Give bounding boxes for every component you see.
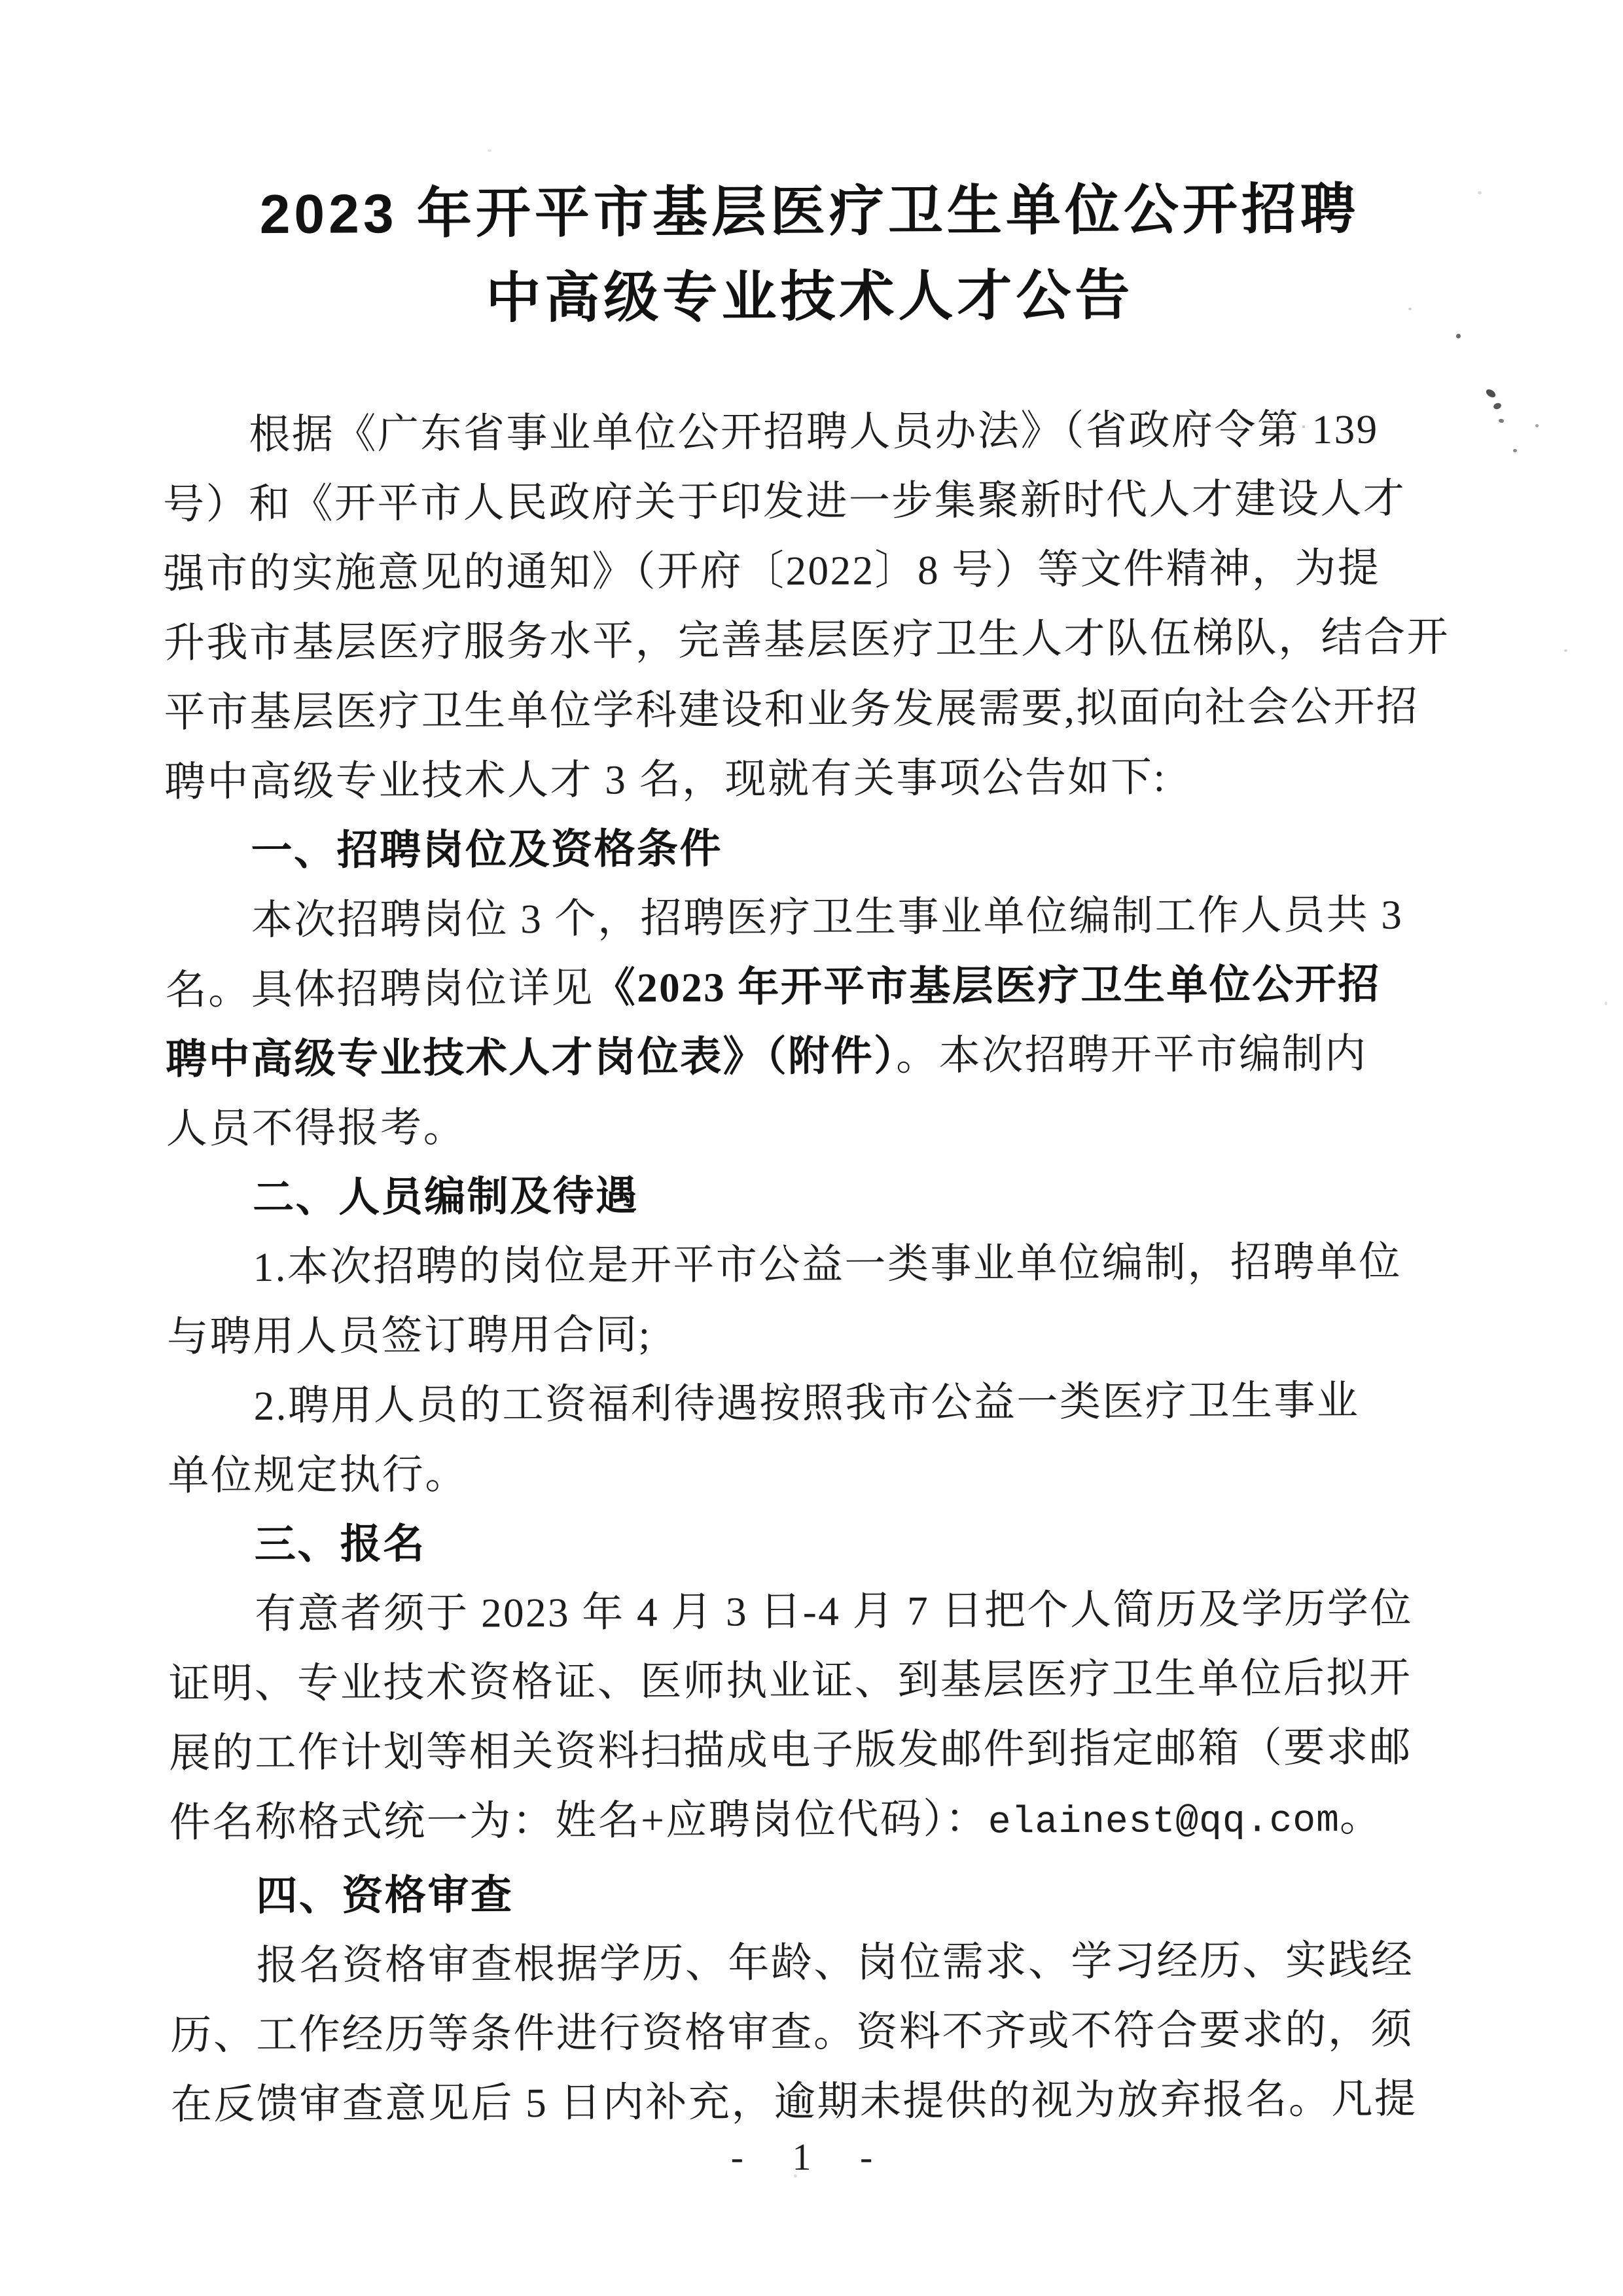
text-line: 有意者须于 2023 年 4 月 3 日-4 月 7 日把个人简历及学历学位 [168,1573,1464,1649]
scan-speck [1605,1001,1607,1005]
text-line: 证明、专业技术资格证、医师执业证、到基层医疗卫生单位后拟开 [169,1643,1465,1719]
scan-speck [1302,425,1305,428]
text-line: 历、工作经历等条件进行资格审查。资料不齐或不符合要求的，须 [170,1994,1466,2070]
text-line: 1.本次招聘的岗位是开平市公益一类事业单位编制，招聘单位 [166,1227,1462,1302]
scan-speck [794,2174,797,2178]
section-heading: 二、人员编制及待遇 [166,1157,1462,1233]
text-segment: 单位规定执行。 [168,1452,468,1499]
text-segment: 聘中高级专业技术人才岗位表》（附件） [166,1033,896,1082]
text-segment: 号）和《开平市人民政府关于印发进一步集聚新时代人才建设人才 [163,476,1406,528]
text-segment: 人员不得报考。 [166,1105,466,1152]
text-line: 升我市基层医疗服务水平，完善基层医疗卫生人才队伍梯队，结合开 [164,602,1459,678]
text-segment: 本次招聘岗位 3 个，招聘医疗卫生事业单位编制工作人员共 3 [251,892,1404,944]
text-line: 平市基层医疗卫生单位学科建设和业务发展需要,拟面向社会公开招 [164,672,1459,747]
text-segment: 名。具体招聘岗位详见 [165,965,594,1013]
page-number: - 1 - [164,2135,1459,2179]
text-line: 在反馈审查意见后 5 日内补充，逾期未提供的视为放弃报名。凡提 [171,2064,1467,2140]
scan-speck [1456,334,1461,338]
scan-speck [1499,418,1505,423]
text-segment: 聘中高级专业技术人才 3 名，现就有关事项公告如下: [164,754,1167,804]
text-line: 号）和《开平市人民政府关于印发进一步集聚新时代人才建设人才 [163,463,1459,539]
text-segment: 。 [1340,1794,1383,1840]
section-heading: 四、资格审查 [169,1856,1465,1931]
title-line-1: 2023 年开平市基层医疗卫生单位公开招聘 [161,166,1457,257]
text-segment: 一、招聘岗位及资格条件 [251,826,722,874]
text-segment: 展的工作计划等相关资料扫描成电子版发邮件到指定邮箱（要求邮 [169,1725,1412,1776]
text-line: 聘中高级专业技术人才岗位表》（附件）。本次招聘开平市编制内 [166,1018,1461,1094]
text-segment: 《2023 年开平市基层医疗卫生单位公开招 [594,961,1381,1011]
scan-speck [1408,308,1412,310]
text-segment: 三、报名 [255,1521,426,1568]
text-segment: 在反馈审查意见后 5 日内补充，逾期未提供的视为放弃报名。凡提 [171,2076,1418,2128]
text-segment: 有意者须于 2023 年 4 月 3 日-4 月 7 日把个人简历及学历学位 [255,1586,1413,1638]
text-line: 报名资格审查根据学历、年龄、岗位需求、学习经历、实践经 [170,1925,1466,2001]
text-line: 人员不得报考。 [166,1088,1461,1164]
text-segment: 1.本次招聘的岗位是开平市公益一类事业单位编制，招聘单位 [253,1239,1402,1291]
scan-speck [488,149,491,152]
text-segment: 强市的实施意见的通知》（开府〔2022〕8 号）等文件精神，为提 [163,545,1380,597]
scan-speck [1513,449,1517,452]
section-heading: 一、招聘岗位及资格条件 [164,810,1460,886]
text-line: 2.聘用人员的工资福利待遇按照我市公益一类医疗卫生事业 [167,1365,1463,1441]
text-segment: 升我市基层医疗服务水平，完善基层医疗卫生人才队伍梯队，结合开 [164,614,1450,666]
text-line: 单位规定执行。 [168,1435,1463,1511]
text-segment: 件名称格式统一为：姓名+应聘岗位代码）： [169,1796,988,1846]
text-segment: 平市基层医疗卫生单位学科建设和业务发展需要,拟面向社会公开招 [164,683,1419,735]
text-segment: 2.聘用人员的工资福利待遇按照我市公益一类医疗卫生事业 [254,1378,1360,1429]
email-text: elainest@qq.com [988,1800,1340,1844]
document-content: 2023 年开平市基层医疗卫生单位公开招聘 中高级专业技术人才公告 根据《广东省… [160,0,1467,2140]
text-line: 聘中高级专业技术人才 3 名，现就有关事项公告如下: [164,741,1460,817]
text-segment: 二、人员编制及待遇 [253,1173,639,1221]
text-segment: 四、资格审查 [256,1872,513,1919]
text-segment: 报名资格审查根据学历、年龄、岗位需求、学习经历、实践经 [257,1937,1414,1989]
scan-speck [1564,649,1567,652]
text-line: 与聘用人员签订聘用合同; [167,1296,1463,1372]
scanned-document-page: 2023 年开平市基层医疗卫生单位公开招聘 中高级专业技术人才公告 根据《广东省… [0,0,1623,2296]
scan-speck [1535,424,1539,427]
text-line: 本次招聘岗位 3 个，招聘医疗卫生事业单位编制工作人员共 3 [165,880,1461,956]
text-segment: 根据《广东省事业单位公开招聘人员办法》（省政府令第 139 [249,406,1379,457]
text-line: 件名称格式统一为：姓名+应聘岗位代码）：elainest@qq.com。 [169,1782,1466,1862]
body-text: 根据《广东省事业单位公开招聘人员办法》（省政府令第 139号）和《开平市人民政府… [162,394,1467,2140]
text-segment: 与聘用人员签订聘用合同; [167,1312,652,1360]
text-line: 强市的实施意见的通知》（开府〔2022〕8 号）等文件精神，为提 [163,533,1459,609]
text-line: 名。具体招聘岗位详见《2023 年开平市基层医疗卫生单位公开招 [165,949,1461,1025]
scan-speck [1478,191,1482,194]
text-segment: 证明、专业技术资格证、医师执业证、到基层医疗卫生单位后拟开 [169,1655,1412,1707]
text-segment: 。本次招聘开平市编制内 [896,1031,1368,1079]
text-line: 根据《广东省事业单位公开招聘人员办法》（省政府令第 139 [162,394,1458,470]
scan-speck [1280,411,1283,414]
scan-speck [1493,402,1502,410]
section-heading: 三、报名 [168,1504,1463,1580]
title-line-2: 中高级专业技术人才公告 [162,251,1458,342]
document-title: 2023 年开平市基层医疗卫生单位公开招聘 中高级专业技术人才公告 [161,166,1457,342]
text-line: 展的工作计划等相关资料扫描成电子版发邮件到指定邮箱（要求邮 [169,1712,1465,1788]
scan-speck [1485,387,1497,399]
text-segment: 历、工作经历等条件进行资格审查。资料不齐或不符合要求的，须 [170,2007,1414,2058]
